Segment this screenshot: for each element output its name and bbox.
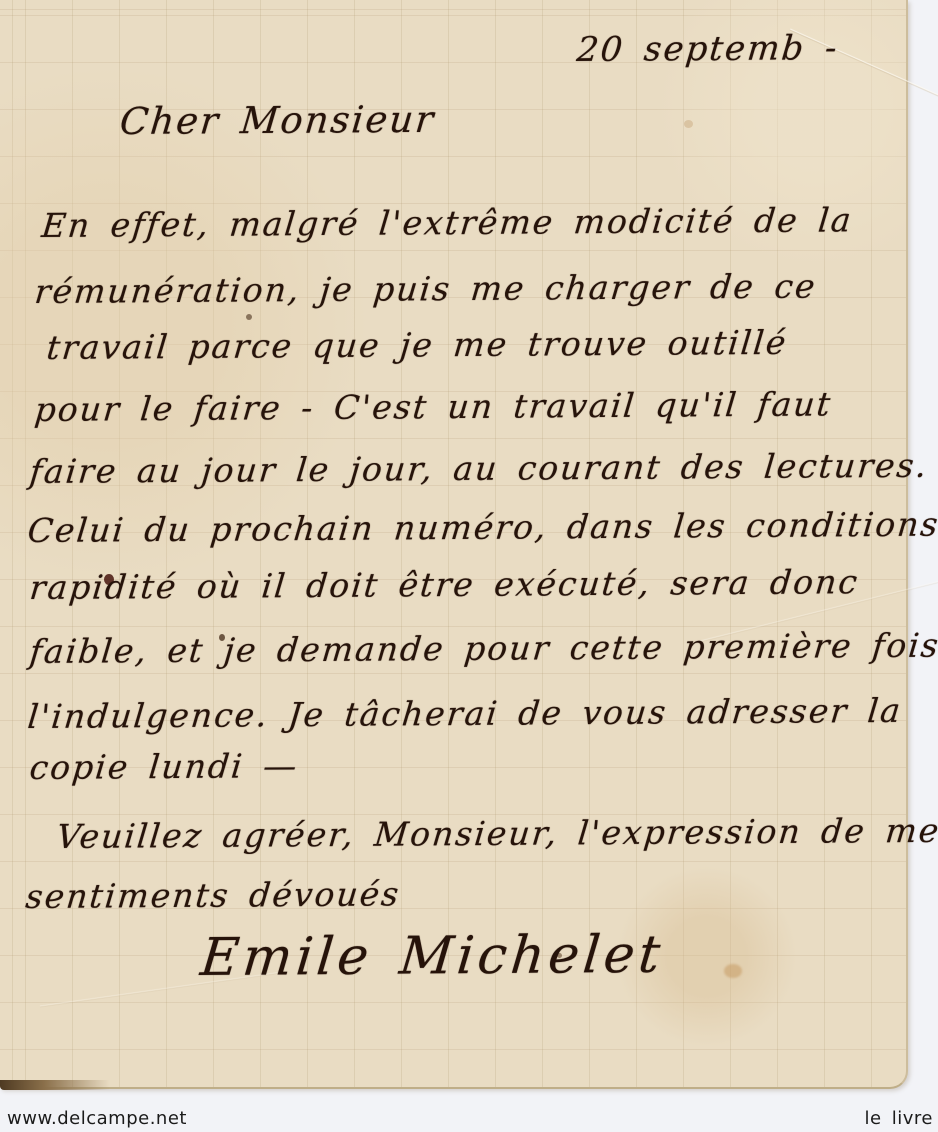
letter-line: Celui du prochain numéro, dans les condi… xyxy=(26,504,938,550)
letter-line: faible, et je demande pour cette premièr… xyxy=(28,626,938,671)
letter-closing-line: sentiments dévoués xyxy=(24,874,402,916)
letter-line: rapidité où il doit être exécuté, sera d… xyxy=(28,562,861,607)
foxing-spot xyxy=(724,964,742,978)
paper-corner-shadow xyxy=(0,1080,110,1090)
ink-blot xyxy=(246,314,252,320)
watermark-seller-text: le livre xyxy=(864,1108,933,1129)
letter-line: faire au jour le jour, au courant des le… xyxy=(28,446,930,491)
letter-closing-line: Veuillez agréer, Monsieur, l'expression … xyxy=(55,811,938,856)
letter-line: pour le faire - C'est un travail qu'il f… xyxy=(33,384,834,429)
signature: Emile Michelet xyxy=(198,925,667,988)
letter-line: l'indulgence. Je tâcherai de vous adress… xyxy=(26,691,904,736)
letter-salutation: Cher Monsieur xyxy=(118,98,437,143)
letter-line: copie lundi — xyxy=(28,746,300,787)
letter-line: rémunération, je puis me charger de ce xyxy=(33,267,819,311)
scanned-letter-page: { "letter": { "date": "20 septemb -", "s… xyxy=(0,0,938,1132)
foxing-spot xyxy=(684,120,693,128)
letter-line: En effet, malgré l'extrême modicité de l… xyxy=(40,200,855,245)
letter-line: travail parce que je me trouve outillé xyxy=(45,323,789,367)
letter-date: 20 septemb - xyxy=(575,28,841,70)
watermark-site-text: www.delcampe.net xyxy=(7,1108,187,1129)
letter-paper: 20 septemb - Cher Monsieur En effet, mal… xyxy=(0,0,908,1089)
